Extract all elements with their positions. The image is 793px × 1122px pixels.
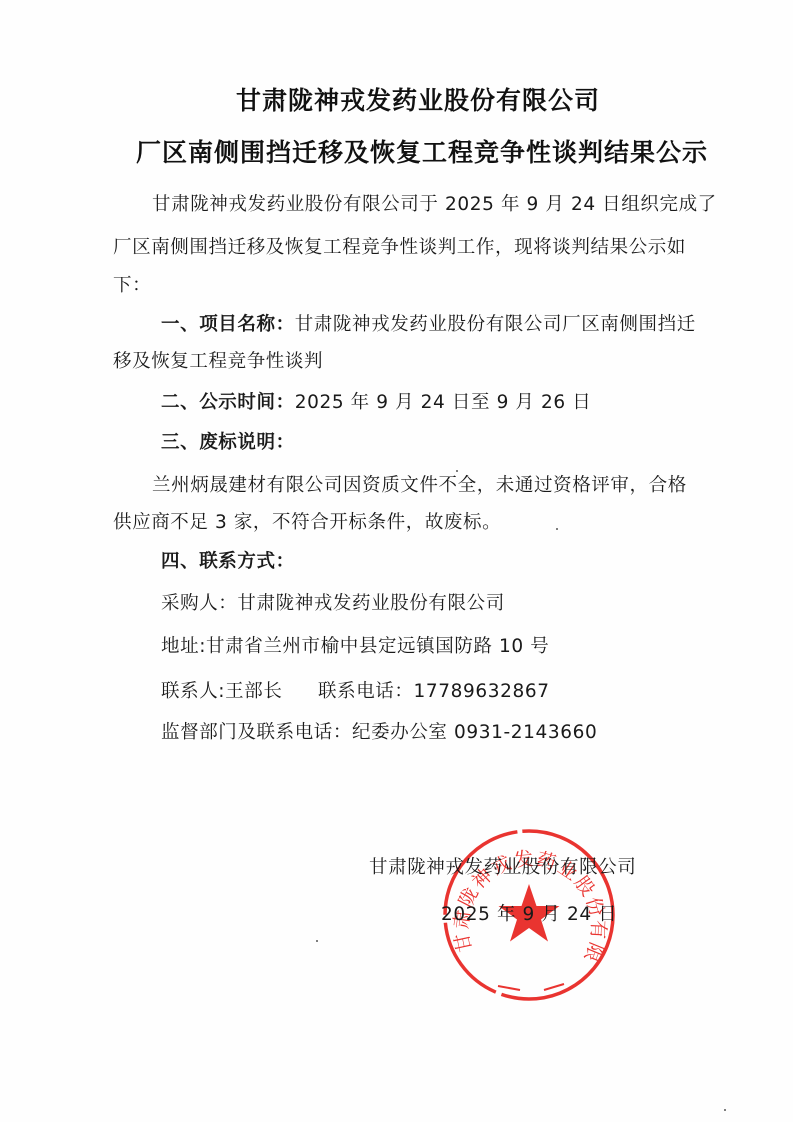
section-project-name: 一、项目名称：甘肃陇神戎发药业股份有限公司厂区南侧围挡迁 bbox=[161, 313, 696, 337]
contact-purchaser: 采购人：甘肃陇神戎发药业股份有限公司 bbox=[161, 592, 505, 616]
scan-speck bbox=[724, 1109, 726, 1111]
bid-failure-line-1: 兰州炳晟建材有限公司因资质文件不全，未通过资格评审，合格 bbox=[152, 474, 687, 498]
contact-phone-value: 17789632867 bbox=[414, 681, 550, 702]
purchaser-label: 采购人： bbox=[161, 593, 237, 614]
publicity-period-value: 2025 年 9 月 24 日至 9 月 26 日 bbox=[295, 392, 592, 413]
contact-person-label: 联系人: bbox=[161, 681, 225, 702]
svg-text:甘肃陇神戎发药业股份有限公司: 甘肃陇神戎发药业股份有限公司 bbox=[440, 826, 609, 967]
purchaser-value: 甘肃陇神戎发药业股份有限公司 bbox=[237, 593, 504, 614]
signature-date: 2025 年 9 月 24 日 bbox=[441, 903, 617, 927]
contact-phone-label: 联系电话： bbox=[318, 681, 414, 702]
section-publicity-period: 二、公示时间：2025 年 9 月 24 日至 9 月 26 日 bbox=[161, 391, 591, 415]
contact-address: 地址:甘肃省兰州市榆中县定远镇国防路 10 号 bbox=[161, 635, 549, 659]
address-value: 甘肃省兰州市榆中县定远镇国防路 10 号 bbox=[206, 636, 549, 657]
document-title-company: 甘肃陇神戎发药业股份有限公司 bbox=[236, 86, 600, 116]
section-heading-bid-failure: 三、废标说明： bbox=[161, 431, 295, 455]
scan-speck bbox=[456, 470, 458, 472]
address-label: 地址: bbox=[161, 636, 206, 657]
intro-line-2: 厂区南侧围挡迁移及恢复工程竞争性谈判工作，现将谈判结果公示如 bbox=[113, 236, 686, 260]
bid-failure-line-2: 供应商不足 3 家，不符合开标条件，故废标。 bbox=[113, 511, 501, 535]
section-heading-contact: 四、联系方式： bbox=[161, 550, 295, 574]
seal-text: 甘肃陇神戎发药业股份有限公司 bbox=[440, 826, 609, 967]
contact-supervision: 监督部门及联系电话：纪委办公室 0931-2143660 bbox=[161, 721, 597, 745]
intro-line-1: 甘肃陇神戎发药业股份有限公司于 2025 年 9 月 24 日组织完成了 bbox=[152, 193, 717, 217]
supervision-value: 纪委办公室 0931-2143660 bbox=[352, 722, 597, 743]
section-heading-publicity-period: 二、公示时间： bbox=[161, 392, 295, 413]
document-page: 甘肃陇神戎发药业股份有限公司 厂区南侧围挡迁移及恢复工程竞争性谈判结果公示 甘肃… bbox=[0, 0, 793, 1122]
contact-person-row: 联系人:王部长 bbox=[161, 680, 282, 704]
contact-phone-row: 联系电话：17789632867 bbox=[318, 680, 550, 704]
supervision-label: 监督部门及联系电话： bbox=[161, 722, 352, 743]
document-title-notice: 厂区南侧围挡迁移及恢复工程竞争性谈判结果公示 bbox=[136, 138, 708, 168]
project-name-value-part2: 移及恢复工程竞争性谈判 bbox=[113, 350, 323, 374]
project-name-value-part1: 甘肃陇神戎发药业股份有限公司厂区南侧围挡迁 bbox=[295, 314, 696, 335]
scan-speck bbox=[316, 940, 318, 942]
contact-person-value: 王部长 bbox=[225, 681, 282, 702]
section-heading-project-name: 一、项目名称： bbox=[161, 314, 295, 335]
intro-line-3: 下： bbox=[113, 274, 151, 298]
signature-company: 甘肃陇神戎发药业股份有限公司 bbox=[369, 856, 636, 880]
scan-speck bbox=[556, 528, 558, 530]
